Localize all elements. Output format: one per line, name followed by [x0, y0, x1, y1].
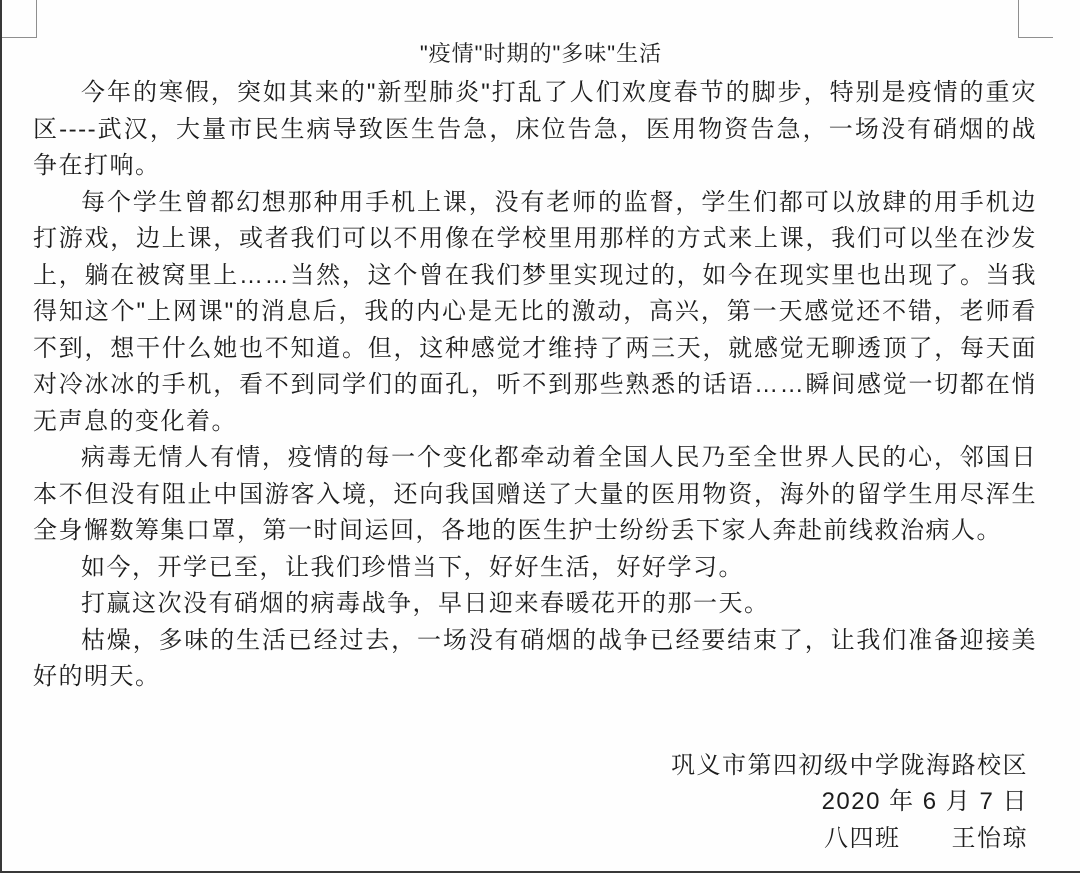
document-page: "疫情"时期的"多味"生活 今年的寒假，突如其来的"新型肺炎"打乱了人们欢度春节… — [0, 0, 1080, 873]
signature-block: 巩义市第四初级中学陇海路校区 2020 年 6 月 7 日 八四班 王怡琼 — [2, 748, 1028, 858]
page-corner-mark-top-right — [1018, 0, 1053, 38]
essay-paragraph: 病毒无情人有情，疫情的每一个变化都牵动着全国人民乃至全世界人民的心，邻国日本不但… — [33, 440, 1037, 550]
page-corner-mark-top-left — [2, 0, 37, 38]
signature-date: 2020 年 6 月 7 日 — [2, 784, 1028, 821]
essay-paragraph: 如今，开学已至，让我们珍惜当下，好好生活，好好学习。 — [33, 550, 1037, 587]
signature-school: 巩义市第四初级中学陇海路校区 — [2, 748, 1028, 785]
essay-paragraph: 每个学生曾都幻想那种用手机上课，没有老师的监督，学生们都可以放肆的用手机边打游戏… — [33, 185, 1037, 441]
essay-paragraph: 枯燥，多味的生活已经过去，一场没有硝烟的战争已经要结束了，让我们准备迎接美好的明… — [33, 623, 1037, 696]
signature-class-and-name: 八四班 王怡琼 — [2, 821, 1028, 858]
essay-body: 今年的寒假，突如其来的"新型肺炎"打乱了人们欢度春节的脚步，特别是疫情的重灾区-… — [33, 75, 1037, 696]
essay-paragraph: 打赢这次没有硝烟的病毒战争，早日迎来春暖花开的那一天。 — [33, 586, 1037, 623]
essay-title: "疫情"时期的"多味"生活 — [2, 37, 1080, 68]
essay-paragraph: 今年的寒假，突如其来的"新型肺炎"打乱了人们欢度春节的脚步，特别是疫情的重灾区-… — [33, 75, 1037, 185]
